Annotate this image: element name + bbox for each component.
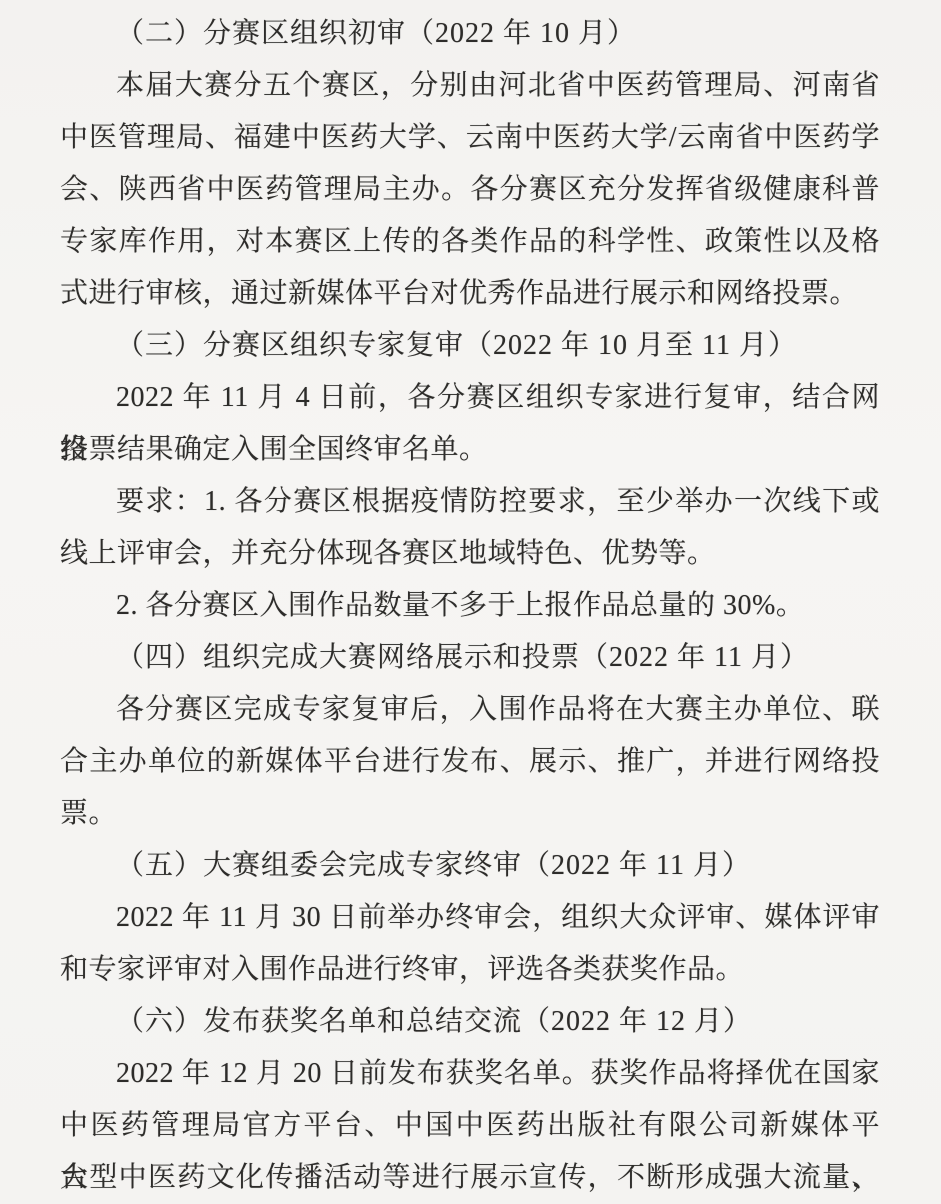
section-4-heading: （四）组织完成大赛网络展示和投票（2022 年 11 月） bbox=[60, 632, 880, 684]
section-3-requirements-item-1: 要求：1. 各分赛区根据疫情防控要求，至少举办一次线下或线上评审会，并充分体现各… bbox=[60, 476, 880, 580]
section-2-paragraph-line-2: 中医管理局、福建中医药大学、云南中医药大学/云南省中医药学 bbox=[60, 112, 880, 164]
section-2-paragraph-line-5: 式进行审核，通过新媒体平台对优秀作品进行展示和网络投票。 bbox=[60, 268, 880, 320]
section-2-paragraph-line-3: 会、陕西省中医药管理局主办。各分赛区充分发挥省级健康科普 bbox=[60, 164, 880, 216]
section-6-paragraph-line-3: 大型中医药文化传播活动等进行展示宣传，不断形成强大流量， bbox=[60, 1152, 880, 1204]
section-4-paragraph-line-1: 各分赛区完成专家复审后，入围作品将在大赛主办单位、联 bbox=[60, 684, 880, 736]
section-3-paragraph-1-line-2: 投票结果确定入围全国终审名单。 bbox=[60, 424, 880, 476]
section-3-requirements-item-2-line-1: 2. 各分赛区入围作品数量不多于上报作品总量的 30%。 bbox=[60, 580, 880, 632]
section-6-paragraph-line-2: 中医药管理局官方平台、中国中医药出版社有限公司新媒体平台、 bbox=[60, 1100, 880, 1152]
section-2-paragraph-line-4: 专家库作用，对本赛区上传的各类作品的科学性、政策性以及格 bbox=[60, 216, 880, 268]
section-2-heading: （二）分赛区组织初审（2022 年 10 月） bbox=[60, 8, 880, 60]
section-3-requirements-item-2: 2. 各分赛区入围作品数量不多于上报作品总量的 30%。 bbox=[60, 580, 880, 632]
section-5-paragraph-line-2: 和专家评审对入围作品进行终审，评选各类获奖作品。 bbox=[60, 944, 880, 996]
section-5-paragraph: 2022 年 11 月 30 日前举办终审会，组织大众评审、媒体评审和专家评审对… bbox=[60, 892, 880, 996]
section-4-paragraph: 各分赛区完成专家复审后，入围作品将在大赛主办单位、联合主办单位的新媒体平台进行发… bbox=[60, 684, 880, 840]
section-5-heading-line-1: （五）大赛组委会完成专家终审（2022 年 11 月） bbox=[60, 840, 880, 892]
document-body: （二）分赛区组织初审（2022 年 10 月）本届大赛分五个赛区，分别由河北省中… bbox=[60, 8, 880, 1204]
section-6-paragraph-line-1: 2022 年 12 月 20 日前发布获奖名单。获奖作品将择优在国家 bbox=[60, 1048, 880, 1100]
section-3-requirements-item-1-line-2: 线上评审会，并充分体现各赛区地域特色、优势等。 bbox=[60, 528, 880, 580]
section-4-heading-line-1: （四）组织完成大赛网络展示和投票（2022 年 11 月） bbox=[60, 632, 880, 684]
section-6-heading: （六）发布获奖名单和总结交流（2022 年 12 月） bbox=[60, 996, 880, 1048]
section-2-paragraph: 本届大赛分五个赛区，分别由河北省中医药管理局、河南省中医管理局、福建中医药大学、… bbox=[60, 60, 880, 320]
section-3-paragraph-1: 2022 年 11 月 4 日前，各分赛区组织专家进行复审，结合网络投票结果确定… bbox=[60, 372, 880, 476]
document-page: （二）分赛区组织初审（2022 年 10 月）本届大赛分五个赛区，分别由河北省中… bbox=[0, 0, 941, 1204]
section-2-heading-line-1: （二）分赛区组织初审（2022 年 10 月） bbox=[60, 8, 880, 60]
section-6-heading-line-1: （六）发布获奖名单和总结交流（2022 年 12 月） bbox=[60, 996, 880, 1048]
section-2-paragraph-line-1: 本届大赛分五个赛区，分别由河北省中医药管理局、河南省 bbox=[60, 60, 880, 112]
section-6-paragraph: 2022 年 12 月 20 日前发布获奖名单。获奖作品将择优在国家中医药管理局… bbox=[60, 1048, 880, 1204]
section-4-paragraph-line-2: 合主办单位的新媒体平台进行发布、展示、推广，并进行网络投 bbox=[60, 736, 880, 788]
section-5-heading: （五）大赛组委会完成专家终审（2022 年 11 月） bbox=[60, 840, 880, 892]
section-3-paragraph-1-line-1: 2022 年 11 月 4 日前，各分赛区组织专家进行复审，结合网络 bbox=[60, 372, 880, 424]
section-5-paragraph-line-1: 2022 年 11 月 30 日前举办终审会，组织大众评审、媒体评审 bbox=[60, 892, 880, 944]
section-4-paragraph-line-3: 票。 bbox=[60, 788, 880, 840]
section-3-heading: （三）分赛区组织专家复审（2022 年 10 月至 11 月） bbox=[60, 320, 880, 372]
section-3-requirements-item-1-line-1: 要求：1. 各分赛区根据疫情防控要求，至少举办一次线下或 bbox=[60, 476, 880, 528]
section-3-heading-line-1: （三）分赛区组织专家复审（2022 年 10 月至 11 月） bbox=[60, 320, 880, 372]
